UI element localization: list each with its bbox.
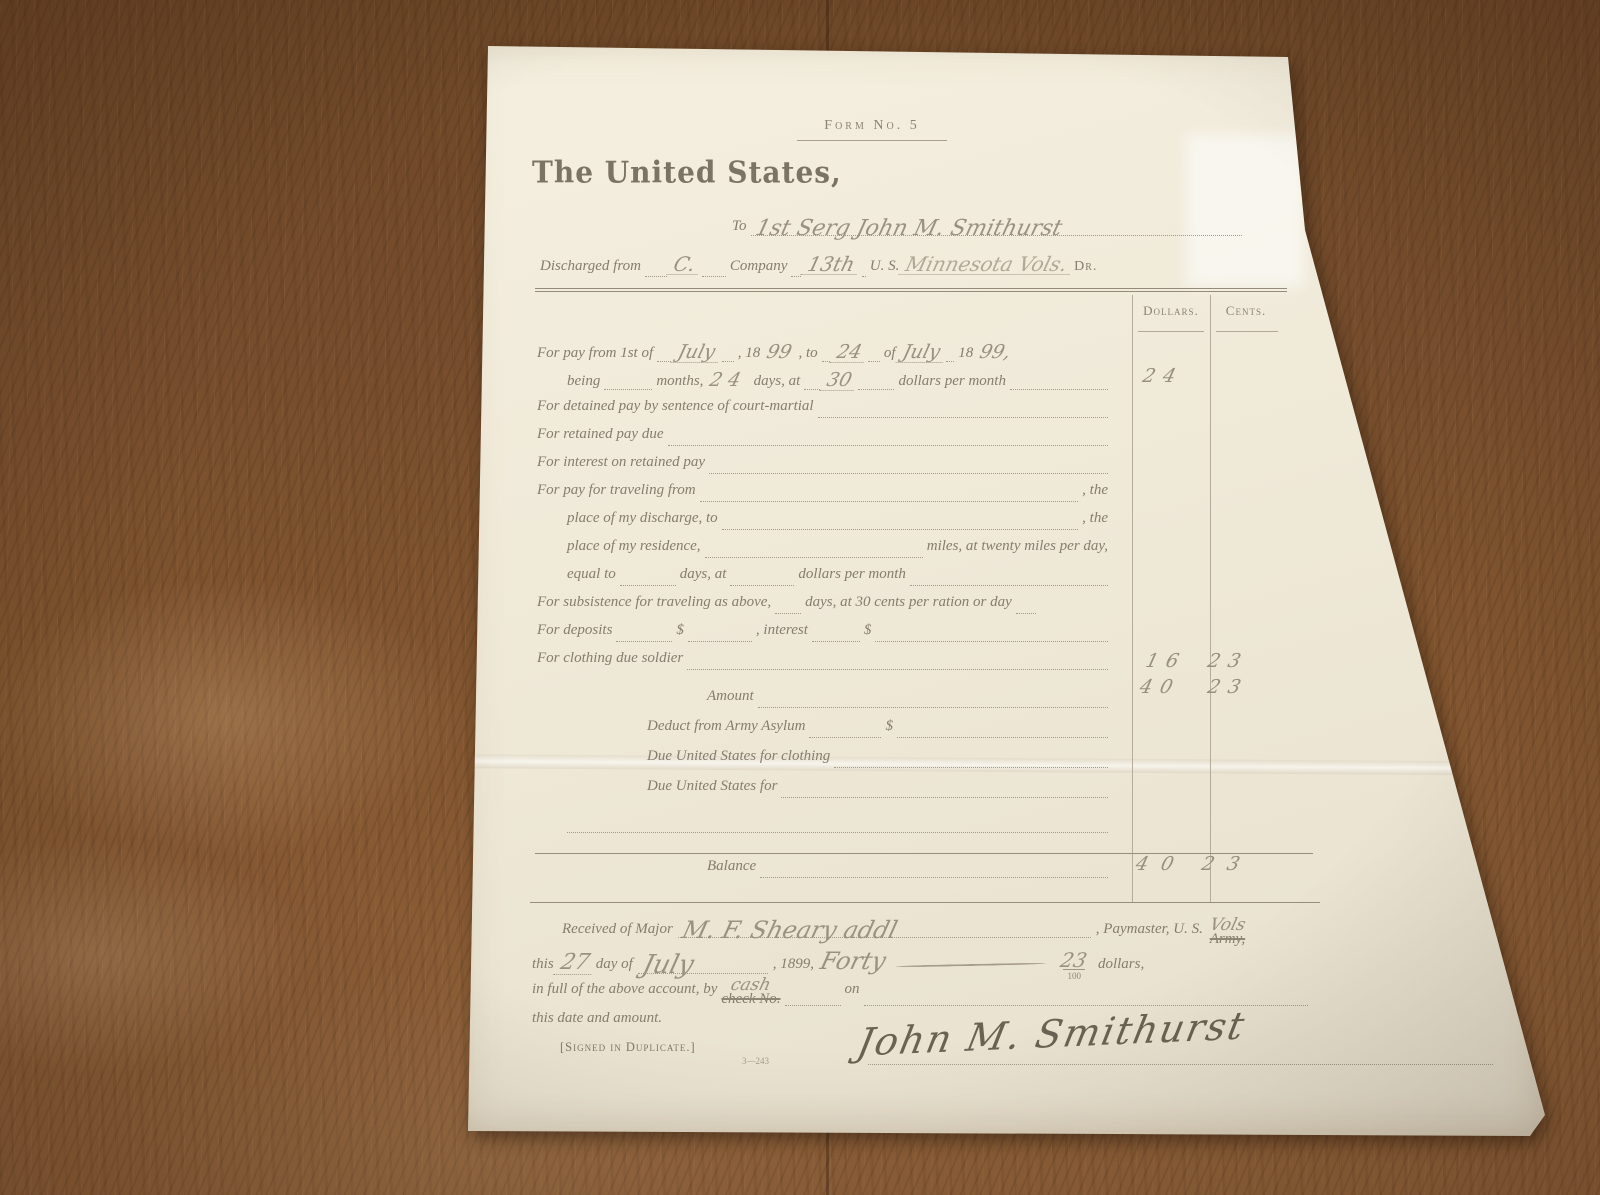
photo-vignette (0, 0, 1600, 1195)
